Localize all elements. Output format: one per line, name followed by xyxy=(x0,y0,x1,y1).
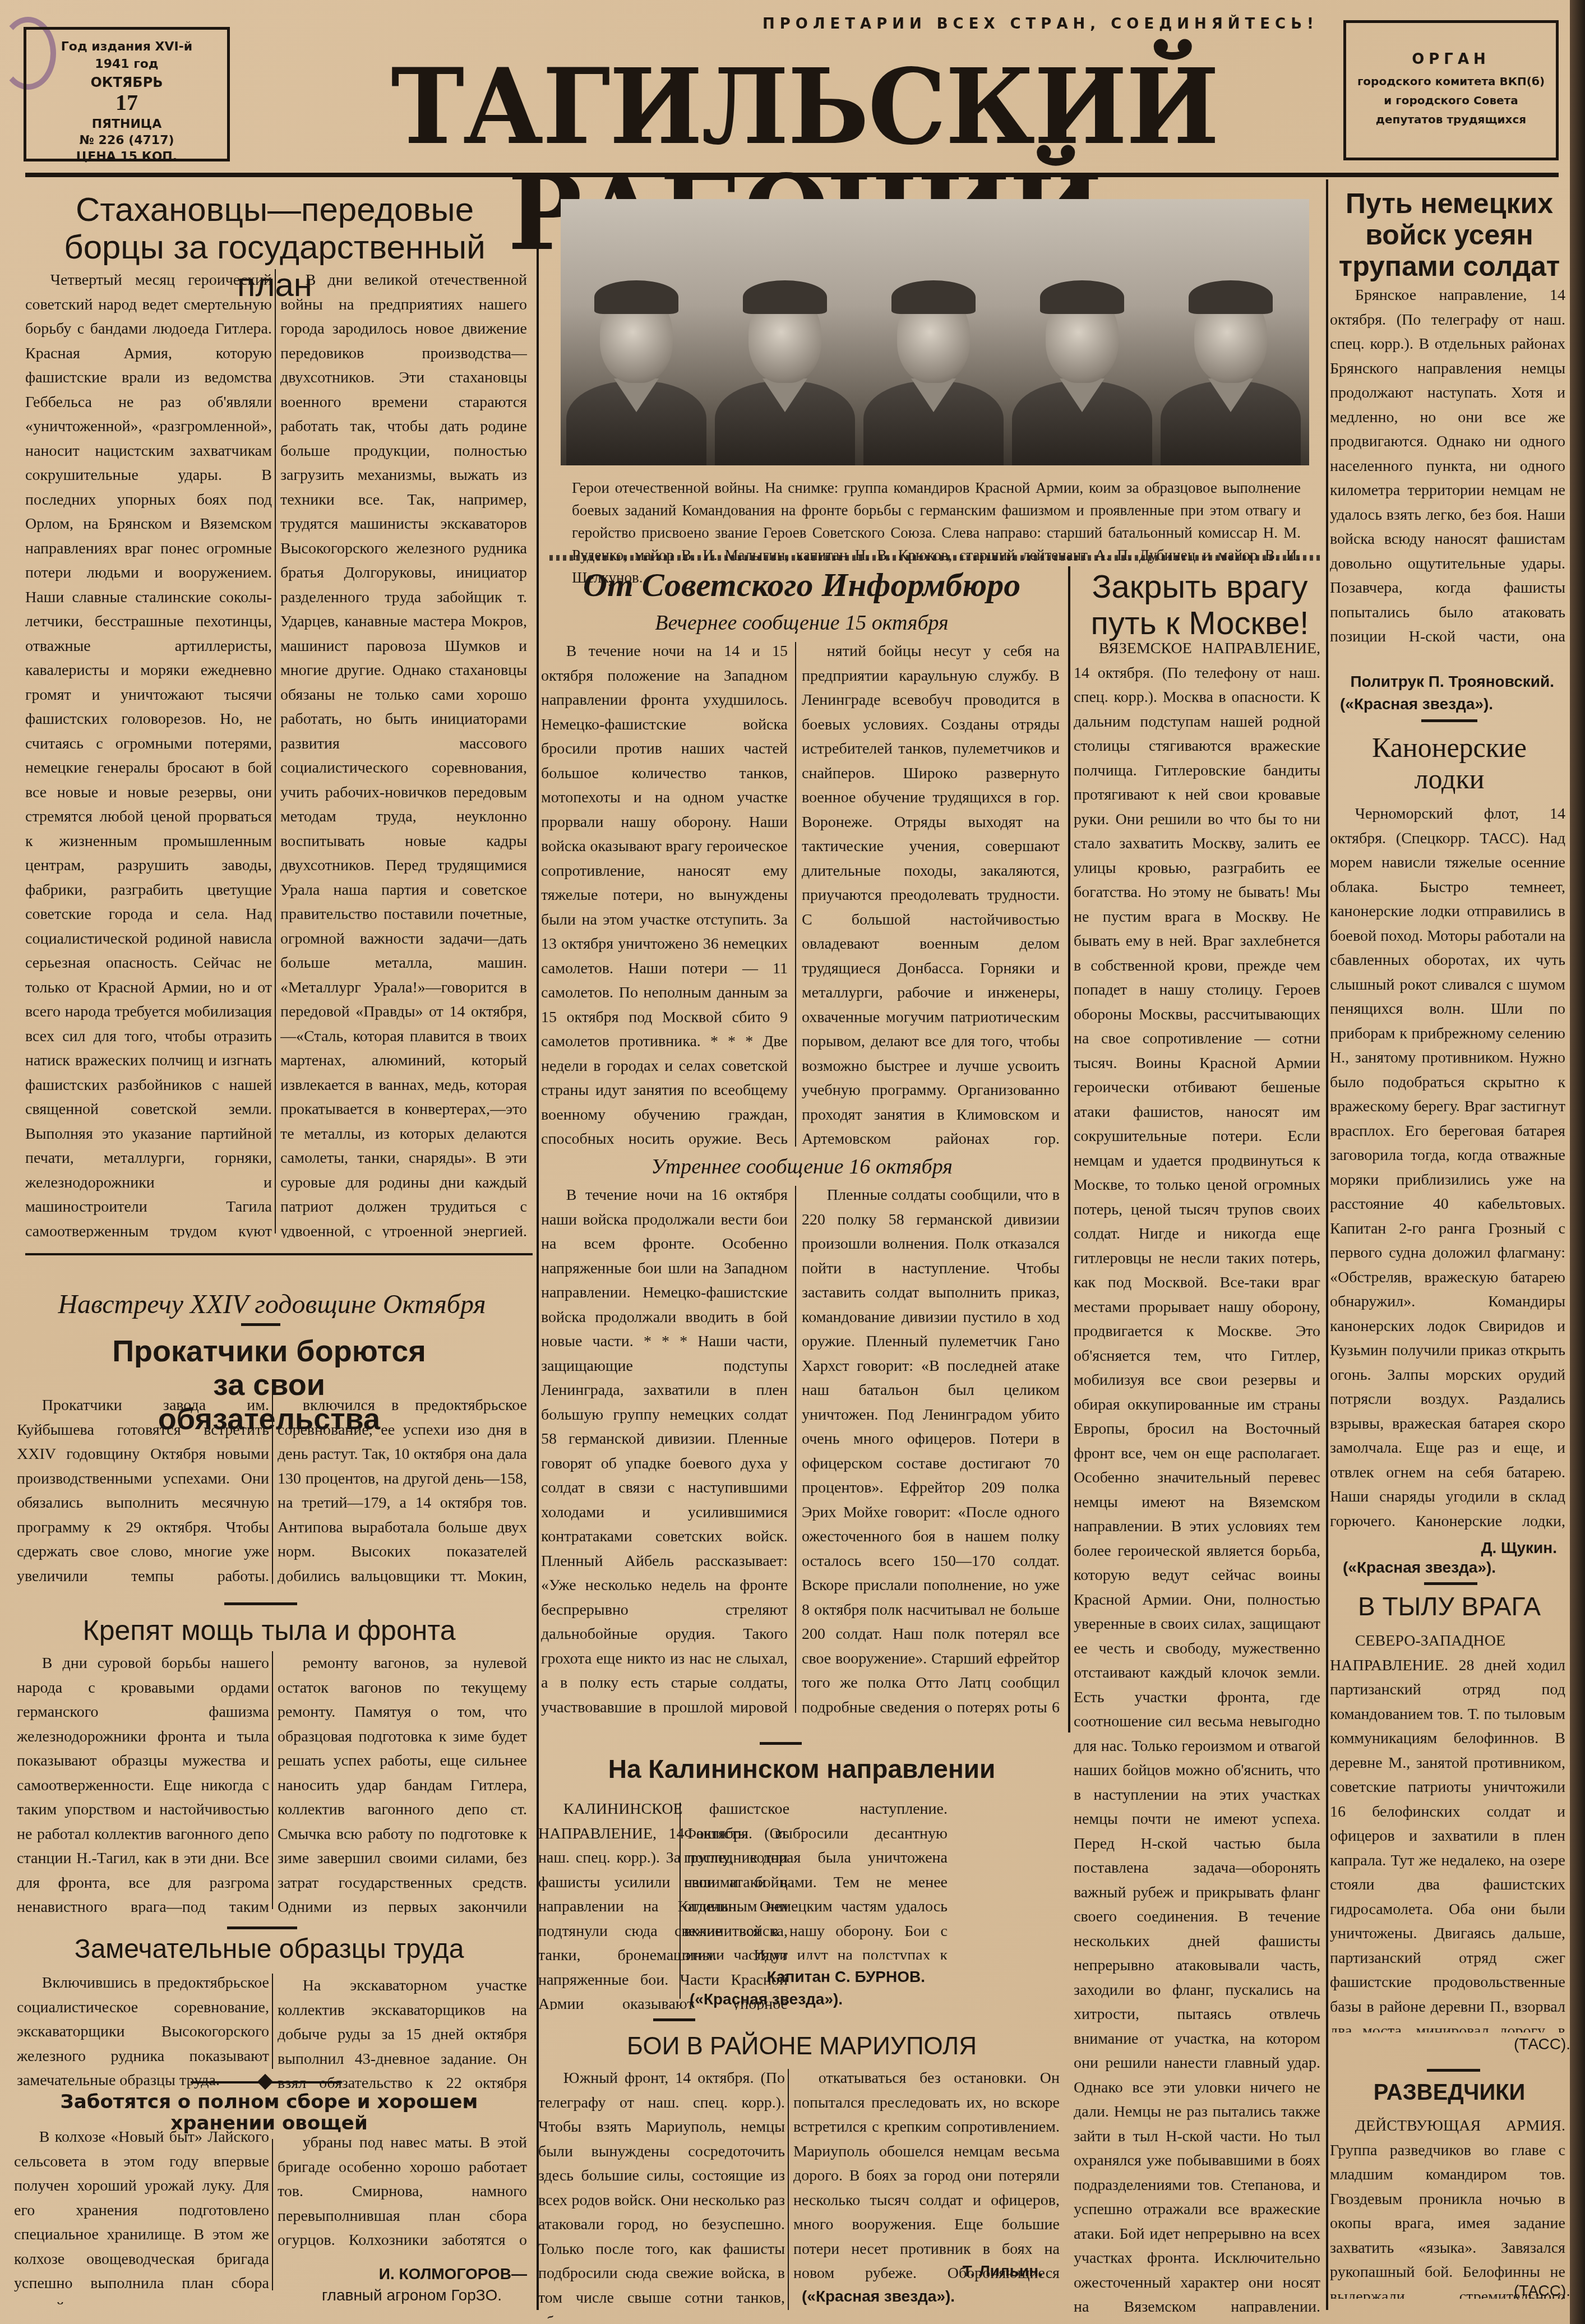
signature-troyanovsky: Политрук П. Трояновский. xyxy=(1330,673,1554,691)
portrait-2 xyxy=(715,280,855,465)
short-rule xyxy=(224,1602,297,1605)
short-rule xyxy=(1427,2069,1480,2072)
article-stakhanovtsy-col2: В дни великой отечественной войны на пре… xyxy=(280,268,527,1238)
headline-krepyat: Крепят мощь тыла и фронта xyxy=(45,1615,493,1646)
stakhanovtsy-col-divider xyxy=(275,269,276,1233)
headline-kalinin: На Калининском направлении xyxy=(544,1755,1060,1784)
month: ОКТЯБРЬ xyxy=(26,75,227,90)
short-rule xyxy=(1421,719,1477,722)
headline-put-nemetskikh: Путь немецких войск усеян трупами солдат xyxy=(1337,188,1561,282)
year: 1941 год xyxy=(26,57,227,71)
masthead-rule xyxy=(25,173,1559,177)
column-rule-3 xyxy=(1068,566,1070,1732)
headline-zamechatelnye: Замечательные образцы труда xyxy=(45,1934,493,1965)
price: ЦЕНА 15 КОП. xyxy=(26,150,227,164)
year-of-publication: Год издания XVI-й xyxy=(26,40,227,54)
subhead-evening: Вечернее сообщение 15 октября xyxy=(544,611,1060,635)
signature-role: главный агроном ГорЗО. xyxy=(278,2286,502,2304)
headline-zakryt-vragu: Закрыть врагу путь к Москве! xyxy=(1076,569,1323,642)
headline-kanonerskie: Канонерские лодки xyxy=(1362,732,1536,794)
article-zabotyatsya-col2: убраны под навес маты. В этой бригаде ос… xyxy=(278,2131,527,2248)
article-zamechatelnye-col1: Включившись в предоктябрьское социалисти… xyxy=(17,1971,269,2094)
headline-v-tylu-vraga: В ТЫЛУ ВРАГА xyxy=(1334,1592,1564,1621)
newspaper-page: Год издания XVI-й 1941 год ОКТЯБРЬ 17 ПЯ… xyxy=(0,0,1570,2324)
signature-shchukin: Д. Щукин. xyxy=(1330,1539,1557,1557)
source-kanonerskie: («Красная звезда»). xyxy=(1343,1559,1496,1577)
organ-box: ОРГАН городского комитета ВКП(б) и город… xyxy=(1343,20,1559,160)
subhead-morning: Утреннее сообщение 16 октября xyxy=(544,1155,1060,1179)
mariupol-col-divider xyxy=(788,2069,789,2310)
short-rule xyxy=(227,1926,297,1929)
zamechatelnye-col-divider xyxy=(272,1974,273,2069)
article-krepyat-col2: ремонту вагонов, за нулевой остаток ваго… xyxy=(278,1651,527,1915)
kalinin-col-divider xyxy=(680,1803,681,1999)
morning-col-divider xyxy=(795,1186,796,1713)
evening-col-divider xyxy=(795,642,796,1147)
heroes-photo xyxy=(561,199,1309,465)
short-rule xyxy=(760,1742,802,1745)
slogan: ПРОЛЕТАРИИ ВСЕХ СТРАН, СОЕДИНЯЙТЕСЬ! xyxy=(763,16,1319,33)
article-kanonerskie: Черноморский флот, 14 октября. (Спецкорр… xyxy=(1330,802,1565,1536)
article-v-tylu-vraga: СЕВЕРО-ЗАПАДНОЕ НАПРАВЛЕНИЕ. 28 дней ход… xyxy=(1330,1629,1565,2032)
portrait-1 xyxy=(566,280,706,465)
day: 17 xyxy=(26,90,227,115)
krepyat-col-divider xyxy=(272,1651,273,1909)
source-put: («Красная звезда»). xyxy=(1340,695,1493,713)
short-rule xyxy=(653,2018,695,2021)
signature-burnov: Капитан С. БУРНОВ. xyxy=(684,1968,925,1986)
headline-mariupol: БОИ В РАЙОНЕ МАРИУПОЛЯ xyxy=(544,2032,1060,2060)
source-razvedchiki: (ТАСС). xyxy=(1514,2282,1570,2300)
short-rule xyxy=(1424,1582,1477,1585)
article-zamechatelnye-col2: На экскаваторном участке коллектив экска… xyxy=(278,1974,527,2097)
portrait-5 xyxy=(1161,280,1301,465)
article-prokatchiki-col2: включился в предоктябрьское соревнование… xyxy=(278,1393,527,1590)
article-kalinin-col2: фашистское наступление. Фашисты выбросил… xyxy=(684,1797,948,1960)
banner-xxiv: Навстречу XXIV годовщине Октября xyxy=(25,1290,519,1320)
article-razvedchiki: ДЕЙСТВУЮЩАЯ АРМИЯ. Группа разведчиков во… xyxy=(1330,2114,1565,2299)
organ-line-3: депутатов трудящихся xyxy=(1346,113,1556,126)
wavy-rule xyxy=(549,555,1323,561)
portrait-4 xyxy=(1012,280,1152,465)
organ-line-2: и городского Совета xyxy=(1346,94,1556,107)
source-mariupol: («Красная звезда»). xyxy=(802,2288,955,2305)
informburo-morning-col2: Пленные солдаты сообщили, что в 220 полк… xyxy=(802,1183,1060,1721)
source-kalinin: («Красная звезда»). xyxy=(690,1990,843,2008)
article-stakhanovtsy-col1: Четвертый месяц героический советский на… xyxy=(25,268,272,1238)
issue-number: № 226 (4717) xyxy=(26,133,227,147)
signature-lilin: Т. Лильин. xyxy=(897,2262,1043,2280)
informburo-evening-col1: В течение ночи на 14 и 15 октября положе… xyxy=(541,639,788,1155)
article-put-nemetskikh: Брянское направление, 14 октября. (По те… xyxy=(1330,283,1565,648)
article-zakryt-vragu: ВЯЗЕМСКОЕ НАПРАВЛЕНИЕ, 14 октября. (По т… xyxy=(1074,636,1320,2313)
column-rule-2 xyxy=(1326,179,1328,2310)
weekday: ПЯТНИЦА xyxy=(26,117,227,131)
portrait-3 xyxy=(863,280,1004,465)
informburo-evening-col2: нятий бойцы несут у себя на предприятии … xyxy=(802,639,1060,1155)
prokatchiki-col-divider xyxy=(272,1393,273,1584)
issue-info-box: Год издания XVI-й 1941 год ОКТЯБРЬ 17 ПЯ… xyxy=(24,27,230,161)
zabotyatsya-col-divider xyxy=(272,2139,273,2290)
informburo-morning-col1: В течение ночи на 16 октября наши войска… xyxy=(541,1183,788,1721)
short-rule xyxy=(241,1323,280,1326)
organ-line-1: городского комитета ВКП(б) xyxy=(1346,75,1556,88)
organ-title: ОРГАН xyxy=(1346,51,1556,68)
article-mariupol-col2: откатываться без остановки. Он попытался… xyxy=(793,2066,1060,2285)
article-krepyat-col1: В дни суровой борьбы нашего народа с кро… xyxy=(17,1651,269,1915)
section-rule xyxy=(25,1253,533,1255)
article-mariupol-col1: Южный фронт, 14 октября. (По телеграфу о… xyxy=(538,2066,785,2318)
page-edge xyxy=(1570,0,1585,2324)
signature-kolmogorov: И. КОЛМОГОРОВ— xyxy=(278,2265,527,2283)
source-v-tylu: (ТАСС). xyxy=(1514,2035,1570,2053)
article-zabotyatsya-col1: В колхозе «Новый быт» Лайского сельсовет… xyxy=(14,2125,269,2304)
headline-razvedchiki: РАЗВЕДЧИКИ xyxy=(1334,2080,1564,2105)
article-prokatchiki-col1: Прокатчики завода им. Куйбышева готовятс… xyxy=(17,1393,269,1590)
headline-informburo: От Советского Информбюро xyxy=(544,566,1060,604)
